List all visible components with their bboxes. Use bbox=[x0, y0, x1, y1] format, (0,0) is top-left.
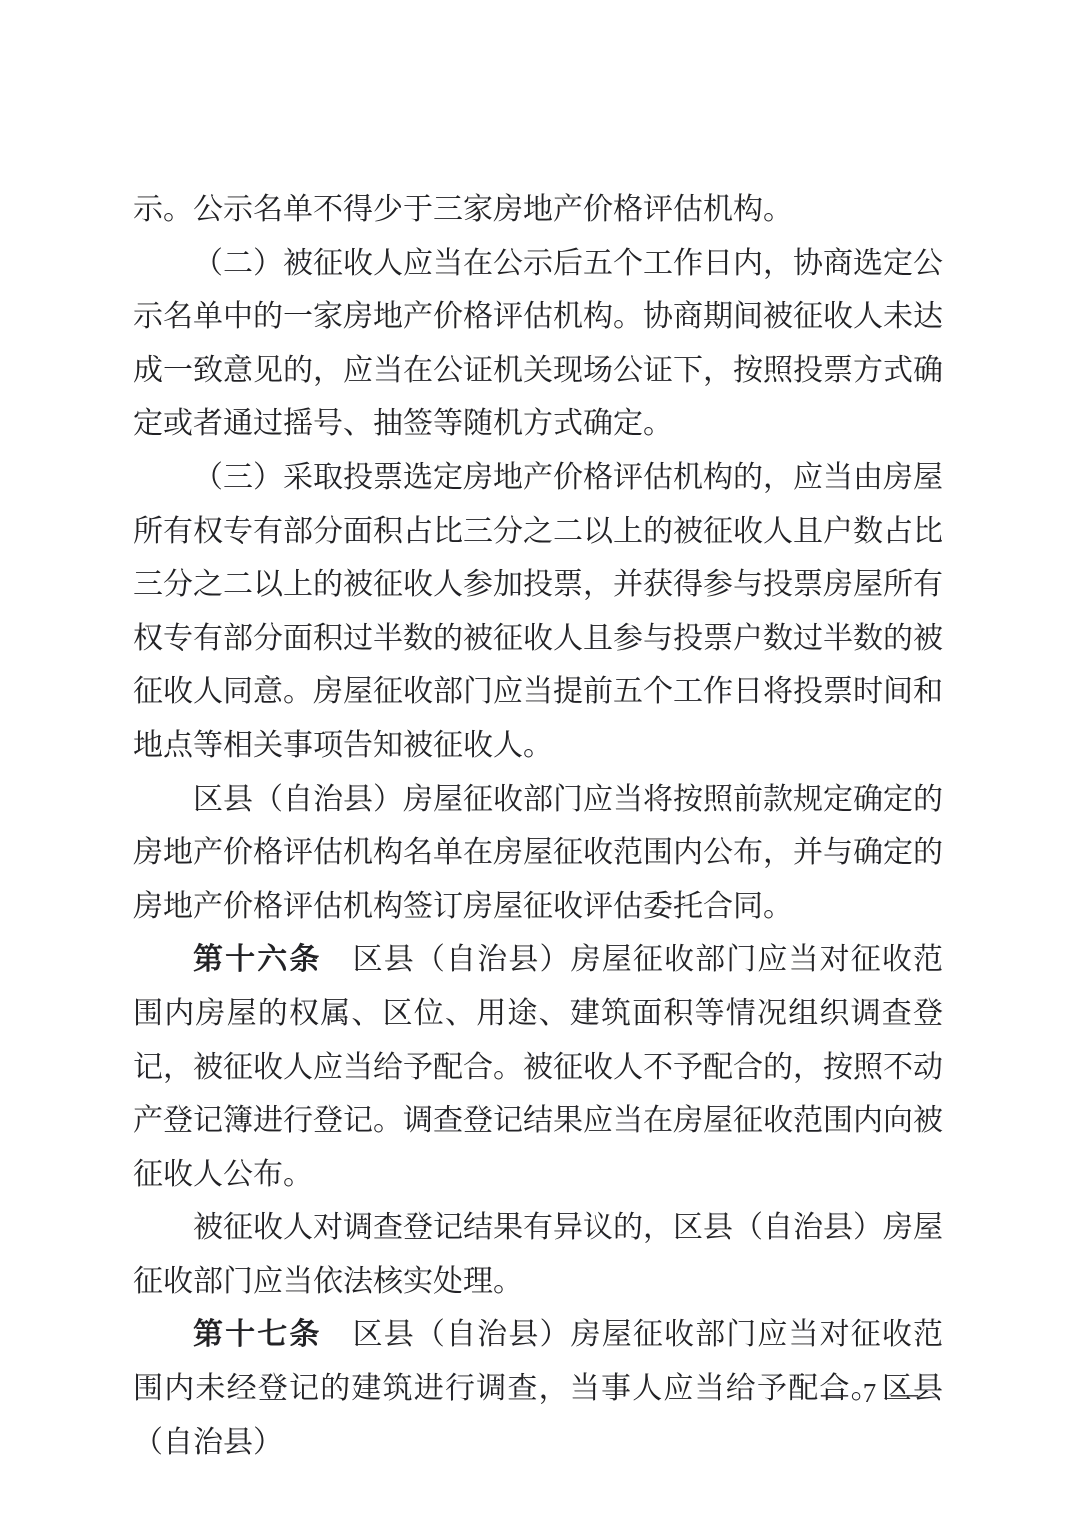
article-number: 第十六条 bbox=[193, 943, 322, 976]
paragraph: 区县（自治县）房屋征收部门应当将按照前款规定确定的房地产价格评估机构名单在房屋征… bbox=[133, 773, 943, 934]
paragraph: （二）被征收人应当在公示后五个工作日内，协商选定公示名单中的一家房地产价格评估机… bbox=[133, 237, 943, 451]
text-run: 示。公示名单不得少于三家房地产价格评估机构。 bbox=[133, 193, 793, 226]
page-number: — 7 — bbox=[821, 1378, 922, 1409]
text-run: （二）被征收人应当在公示后五个工作日内，协商选定公示名单中的一家房地产价格评估机… bbox=[133, 247, 943, 441]
text-run: 区县（自治县）房屋征收部门应当对征收范围内房屋的权属、区位、用途、建筑面积等情况… bbox=[133, 943, 943, 1190]
text-run: （三）采取投票选定房地产价格评估机构的，应当由房屋所有权专有部分面积占比三分之二… bbox=[133, 461, 943, 762]
article-number: 第十七条 bbox=[193, 1318, 322, 1351]
text-run: 被征收人对调查登记结果有异议的，区县（自治县）房屋征收部门应当依法核实处理。 bbox=[133, 1211, 943, 1298]
paragraph: 示。公示名单不得少于三家房地产价格评估机构。 bbox=[133, 183, 943, 237]
text-run: 区县（自治县）房屋征收部门应当将按照前款规定确定的房地产价格评估机构名单在房屋征… bbox=[133, 783, 943, 923]
document-body: 示。公示名单不得少于三家房地产价格评估机构。（二）被征收人应当在公示后五个工作日… bbox=[133, 183, 943, 1469]
paragraph: 被征收人对调查登记结果有异议的，区县（自治县）房屋征收部门应当依法核实处理。 bbox=[133, 1201, 943, 1308]
paragraph: 第十六条 区县（自治县）房屋征收部门应当对征收范围内房屋的权属、区位、用途、建筑… bbox=[133, 933, 943, 1201]
paragraph: （三）采取投票选定房地产价格评估机构的，应当由房屋所有权专有部分面积占比三分之二… bbox=[133, 451, 943, 773]
document-page: 示。公示名单不得少于三家房地产价格评估机构。（二）被征收人应当在公示后五个工作日… bbox=[0, 0, 1074, 1520]
